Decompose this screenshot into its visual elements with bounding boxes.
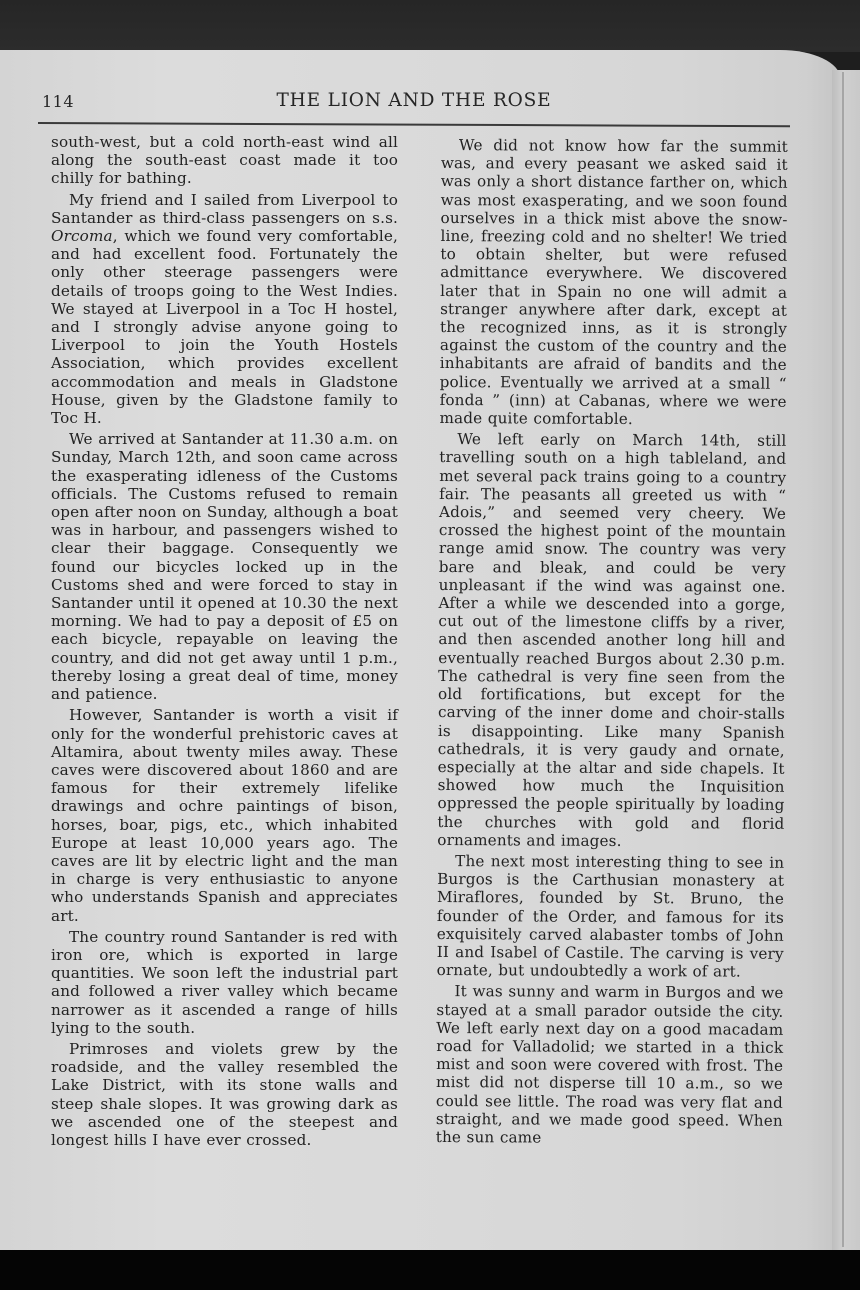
dark-background-bottom bbox=[0, 1250, 860, 1290]
paragraph: We arrived at Santander at 11.30 a.m. on… bbox=[51, 430, 398, 703]
running-header: 114 THE LION AND THE ROSE bbox=[38, 90, 790, 120]
running-title: THE LION AND THE ROSE bbox=[38, 90, 790, 111]
right-column: We did not know how far the summit was, … bbox=[436, 136, 788, 1151]
paragraph: Primroses and violets grew by the roadsi… bbox=[51, 1040, 398, 1149]
paragraph: south-west, but a cold north-east wind a… bbox=[51, 133, 398, 188]
page-fore-edge bbox=[832, 70, 860, 1250]
page-edge-line bbox=[842, 72, 844, 1247]
paragraph: We did not know how far the summit was, … bbox=[439, 136, 788, 429]
paragraph: However, Santander is worth a visit if o… bbox=[51, 706, 398, 924]
dark-background-top bbox=[0, 0, 860, 52]
paragraph: It was sunny and warm in Burgos and we s… bbox=[436, 982, 784, 1148]
paragraph-text: , which we found very com­fortable, and … bbox=[51, 227, 398, 427]
paragraph: My friend and I sailed from Liverpool to… bbox=[51, 191, 398, 428]
paragraph: We left early on March 14th, still trave… bbox=[437, 430, 786, 850]
paragraph: The country round Santander is red with … bbox=[51, 928, 398, 1037]
paragraph-text: My friend and I sailed from Liverpool to… bbox=[51, 191, 398, 227]
ship-name: Orcoma bbox=[51, 227, 113, 245]
paragraph: The next most interesting thing to see i… bbox=[437, 852, 785, 981]
left-column: south-west, but a cold north-east wind a… bbox=[51, 133, 398, 1152]
